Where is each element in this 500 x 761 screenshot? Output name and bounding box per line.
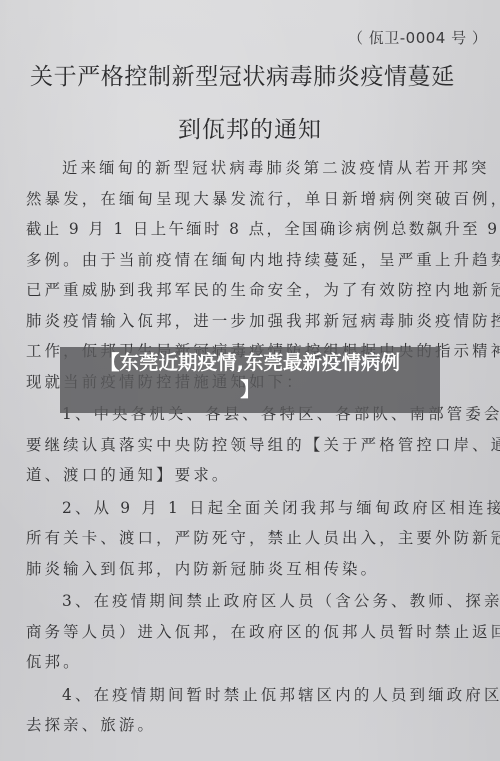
text-line: 去探亲、旅游。 bbox=[26, 710, 466, 741]
paragraph-item-3: 3、在疫情期间禁止政府区人员（含公务、教师、探亲、 商务等人员）进入佤邦，在政府… bbox=[26, 586, 466, 678]
text-line: 4、在疫情期间暂时禁止佤邦辖区内的人员到缅政府区 bbox=[26, 680, 466, 711]
text-line: 肺炎输入到佤邦，内防新冠肺炎互相传染。 bbox=[26, 554, 466, 585]
caption-line-2: 】 bbox=[60, 376, 440, 403]
caption-overlay-banner: 【东莞近期疫情,东莞最新疫情病例 】 bbox=[60, 347, 440, 413]
text-line: 多例。由于当前疫情在缅甸内地持续蔓延，呈严重上升趋势， bbox=[26, 245, 466, 276]
document-title-line-1: 关于严格控制新型冠状病毒肺炎疫情蔓延 bbox=[30, 58, 455, 91]
text-line: 商务等人员）进入佤邦，在政府区的佤邦人员暂时禁止返回 bbox=[26, 617, 466, 648]
document-page: （ 佤卫-0004 号 ） 关于严格控制新型冠状病毒肺炎疫情蔓延 到佤邦的通知 … bbox=[0, 0, 500, 761]
document-title-line-2: 到佤邦的通知 bbox=[0, 111, 500, 144]
text-line: 已严重威胁到我邦军民的生命安全，为了有效防控内地新冠 bbox=[26, 275, 466, 306]
document-number: （ 佤卫-0004 号 ） bbox=[348, 27, 487, 48]
text-line: 然暴发，在缅甸呈现大暴发流行，单日新增病例突破百例， bbox=[26, 184, 466, 215]
text-line: 近来缅甸的新型冠状病毒肺炎第二波疫情从若开邦突 bbox=[26, 153, 466, 184]
document-body: 近来缅甸的新型冠状病毒肺炎第二波疫情从若开邦突 然暴发，在缅甸呈现大暴发流行，单… bbox=[26, 153, 466, 741]
text-line: 肺炎疫情输入佤邦，进一步加强我邦新冠病毒肺炎疫情防控 bbox=[26, 306, 466, 337]
text-line: 2、从 9 月 1 日起全面关闭我邦与缅甸政府区相连接的 bbox=[26, 493, 466, 524]
text-line: 所有关卡、渡口，严防死守，禁止人员出入，主要外防新冠 bbox=[26, 523, 466, 554]
text-line: 佤邦。 bbox=[26, 647, 466, 678]
text-line: 截止 9 月 1 日上午缅时 8 点，全国确诊病例总数飙升至 900 bbox=[26, 214, 466, 245]
caption-line-1: 【东莞近期疫情,东莞最新疫情病例 bbox=[60, 349, 440, 376]
text-line: 道、渡口的通知】要求。 bbox=[26, 460, 466, 491]
text-line: 要继续认真落实中央防控领导组的【关于严格管控口岸、通 bbox=[26, 430, 466, 461]
paragraph-item-2: 2、从 9 月 1 日起全面关闭我邦与缅甸政府区相连接的 所有关卡、渡口，严防死… bbox=[26, 493, 466, 585]
paragraph-item-4: 4、在疫情期间暂时禁止佤邦辖区内的人员到缅政府区 去探亲、旅游。 bbox=[26, 680, 466, 741]
text-line: 3、在疫情期间禁止政府区人员（含公务、教师、探亲、 bbox=[26, 586, 466, 617]
